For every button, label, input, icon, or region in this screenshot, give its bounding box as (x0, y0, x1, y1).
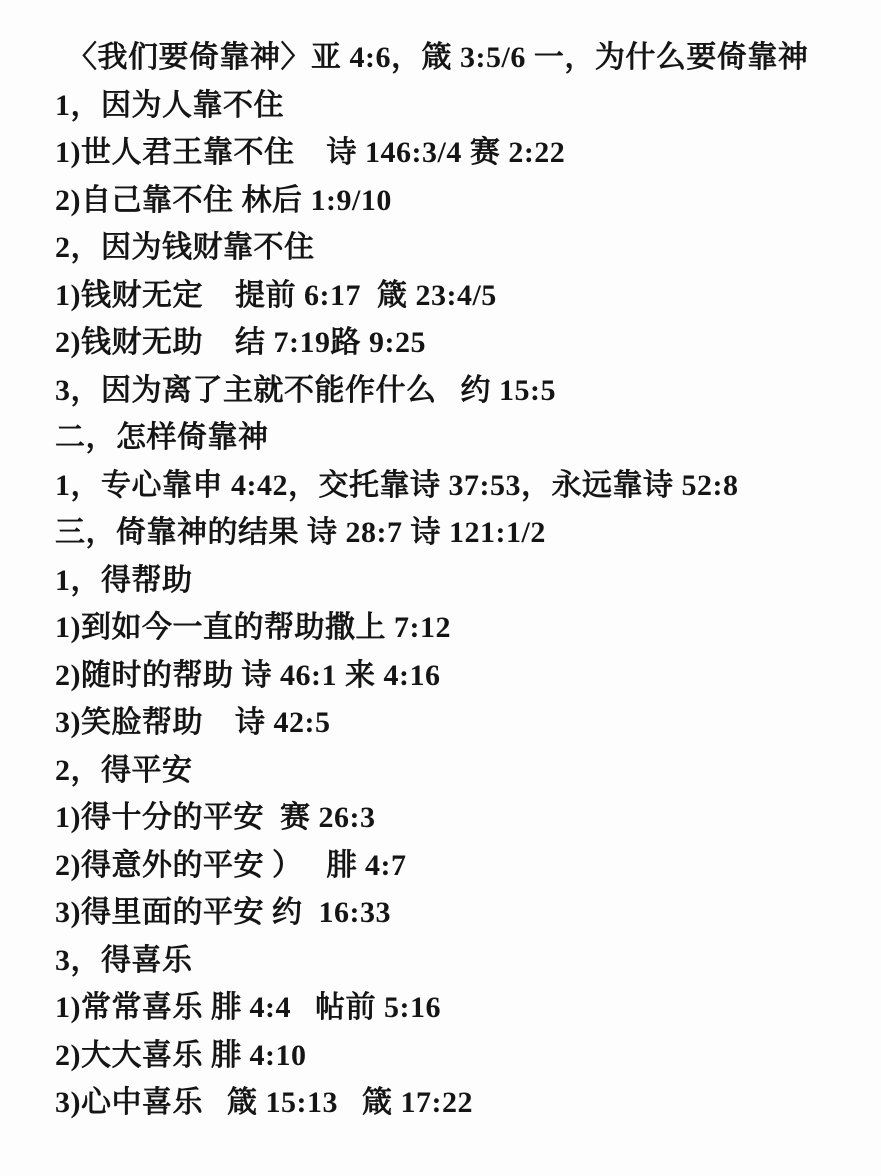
outline-line: 1，得帮助 (55, 557, 855, 605)
outline-line: 2)随时的帮助 诗 46:1 来 4:16 (55, 652, 855, 700)
document-title: 〈我们要倚靠神〉亚 4:6，箴 3:5/6 一，为什么要倚靠神 (55, 34, 855, 82)
outline-line: 三，倚靠神的结果 诗 28:7 诗 121:1/2 (55, 509, 855, 557)
outline-line: 3)得里面的平安 约 16:33 (55, 889, 855, 937)
outline-line: 1，因为人靠不住 (55, 82, 855, 130)
outline-line: 1)钱财无定 提前 6:17 箴 23:4/5 (55, 272, 855, 320)
outline-line: 1，专心靠申 4:42，交托靠诗 37:53，永远靠诗 52:8 (55, 462, 855, 510)
outline-line: 3，得喜乐 (55, 937, 855, 985)
outline-line: 2)得意外的平安 ） 腓 4:7 (55, 842, 855, 890)
outline-line: 3)笑脸帮助 诗 42:5 (55, 699, 855, 747)
outline-line: 2，因为钱财靠不住 (55, 224, 855, 272)
outline-line: 1)常常喜乐 腓 4:4 帖前 5:16 (55, 984, 855, 1032)
outline-line: 1)到如今一直的帮助撒上 7:12 (55, 604, 855, 652)
document-page: 〈我们要倚靠神〉亚 4:6，箴 3:5/6 一，为什么要倚靠神 1，因为人靠不住… (0, 0, 881, 1176)
outline-line: 3)心中喜乐 箴 15:13 箴 17:22 (55, 1079, 855, 1127)
outline-line: 2)自己靠不住 林后 1:9/10 (55, 177, 855, 225)
outline-line: 2)钱财无助 结 7:19路 9:25 (55, 319, 855, 367)
outline-line: 3，因为离了主就不能作什么 约 15:5 (55, 367, 855, 415)
outline-line: 2，得平安 (55, 747, 855, 795)
outline-line: 二，怎样倚靠神 (55, 414, 855, 462)
outline-line: 1)得十分的平安 赛 26:3 (55, 794, 855, 842)
outline-line: 1)世人君王靠不住 诗 146:3/4 赛 2:22 (55, 129, 855, 177)
outline-line: 2)大大喜乐 腓 4:10 (55, 1032, 855, 1080)
